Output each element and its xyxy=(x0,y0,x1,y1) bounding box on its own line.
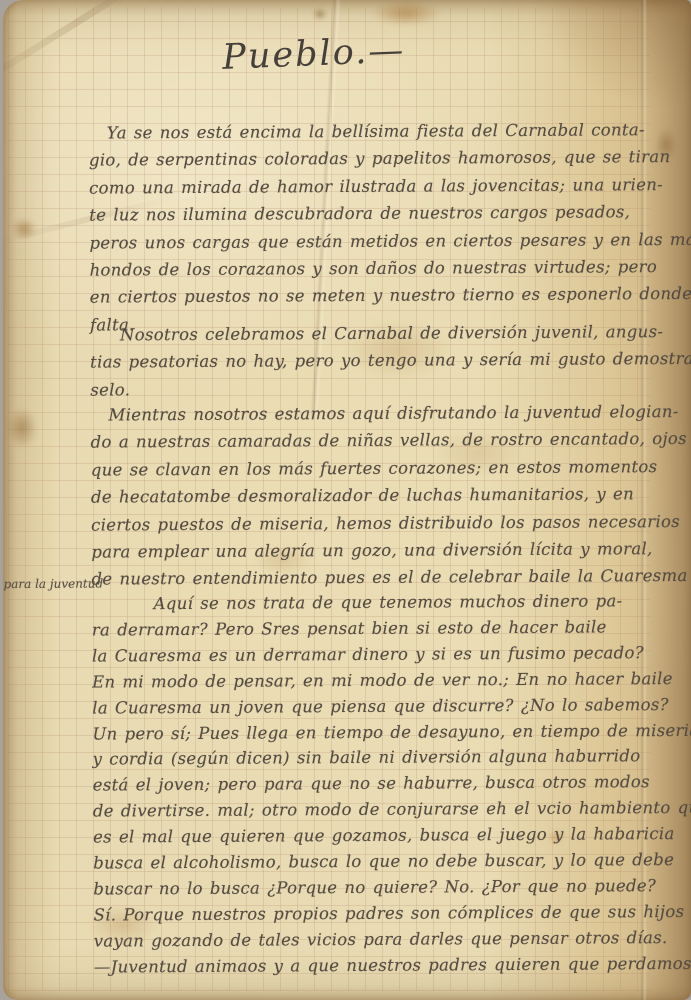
text-line: la Cuaresma un joven que piensa que disc… xyxy=(92,692,667,721)
text-line: buscar no lo busca ¿Porque no quiere? No… xyxy=(93,873,668,902)
text-line: ra derramar? Pero Sres pensat bien si es… xyxy=(92,614,667,643)
text-line: peros unos cargas que están metidos en c… xyxy=(89,226,664,257)
text-line: Ya se nos está encima la bellísima fiest… xyxy=(89,116,664,147)
text-line: que se clavan en los más fuertes corazon… xyxy=(91,453,666,484)
text-line: busca el alcoholismo, busca lo que no de… xyxy=(93,847,668,876)
text-line: de nuestro entendimiento pues es el de c… xyxy=(91,566,687,589)
paragraph-4: Aquí se nos trata de que tenemos muchos … xyxy=(92,588,669,980)
paragraph-3: Mientras nosotros estamos aquí disfrutan… xyxy=(90,398,666,593)
text-line: de hecatatombe desmoralizador de luchas … xyxy=(91,480,666,511)
text-line: Nosotros celebramos el Carnabal de diver… xyxy=(90,318,665,349)
text-line: está el joven; pero para que no se habur… xyxy=(93,769,668,798)
paper-sheet: Pueblo.— Ya se nos está encima la bellís… xyxy=(3,0,691,1000)
text-line: do a nuestras camaradas de niñas vellas,… xyxy=(91,425,666,456)
text-line: es el mal que quieren que gozamos, busca… xyxy=(93,821,668,850)
page-title: Pueblo.— xyxy=(222,30,406,77)
margin-note: para la juventud xyxy=(3,571,103,599)
handwritten-text: Pueblo.— Ya se nos está encima la bellís… xyxy=(3,0,691,1000)
text-line: Sí. Porque nuestros propios padres son c… xyxy=(93,899,668,928)
text-line: Aquí se nos trata de que tenemos muchos … xyxy=(92,588,667,617)
text-line: En mi modo de pensar, en mi modo de ver … xyxy=(92,666,667,695)
scanned-manuscript-page: { "document": { "kind": "handwritten man… xyxy=(0,0,691,1000)
text-line: para emplear una alegría un gozo, una di… xyxy=(91,535,666,566)
paragraph-2: Nosotros celebramos el Carnabal de diver… xyxy=(90,318,665,404)
text-line: Un pero sí; Pues llega en tiempo de desa… xyxy=(92,718,667,747)
text-line: Mientras nosotros estamos aquí disfrutan… xyxy=(90,398,665,429)
paragraph-1: Ya se nos está encima la bellísima fiest… xyxy=(89,116,665,339)
text-line: gio, de serpentinas coloradas y papelito… xyxy=(89,143,664,174)
text-line: hondos de los corazanos y son daños do n… xyxy=(90,253,665,284)
text-line: en ciertos puestos no se meten y nuestro… xyxy=(90,280,665,311)
text-line: la Cuaresma es un derramar dinero y si e… xyxy=(92,640,667,669)
text-line: vayan gozando de tales vicios para darle… xyxy=(94,925,669,954)
text-line: —Juventud animaos y a que nuestros padre… xyxy=(94,951,669,980)
text-line: de divertirse. mal; otro modo de conjura… xyxy=(93,795,668,824)
text-line: te luz nos ilumina descubradora de nuest… xyxy=(89,198,664,229)
text-line: tias pesatorias no hay, pero yo tengo un… xyxy=(90,345,665,376)
text-line: ciertos puestos de miseria, hemos distri… xyxy=(91,508,666,539)
text-line: y cordia (según dicen) sin baile ni dive… xyxy=(93,743,668,772)
text-line: como una mirada de hamor ilustrada a las… xyxy=(89,171,664,202)
